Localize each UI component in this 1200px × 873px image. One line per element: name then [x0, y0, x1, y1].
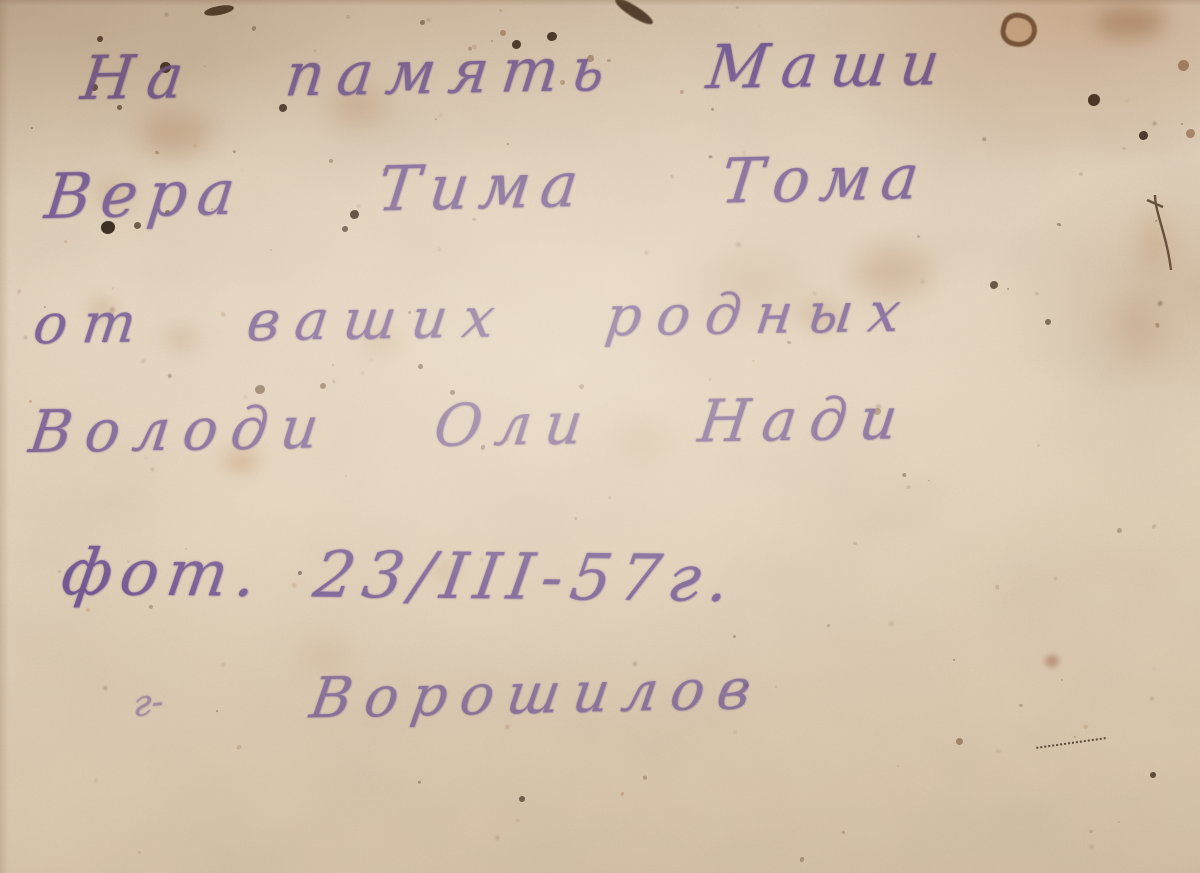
- handwriting-line-place: Ворошилов: [306, 657, 769, 732]
- scratch-mark: [1142, 192, 1182, 276]
- handwriting-mark-g: г-: [133, 681, 165, 726]
- photo-back: На память Маши Вера Тима Тома от ваших р…: [0, 0, 1200, 873]
- handwriting-line-from: от ваших родных: [30, 280, 919, 357]
- handwriting-line-date: фот. 23/III-57г.: [57, 536, 743, 617]
- handwriting-line-names-2: Володи Оли Нади: [26, 384, 915, 466]
